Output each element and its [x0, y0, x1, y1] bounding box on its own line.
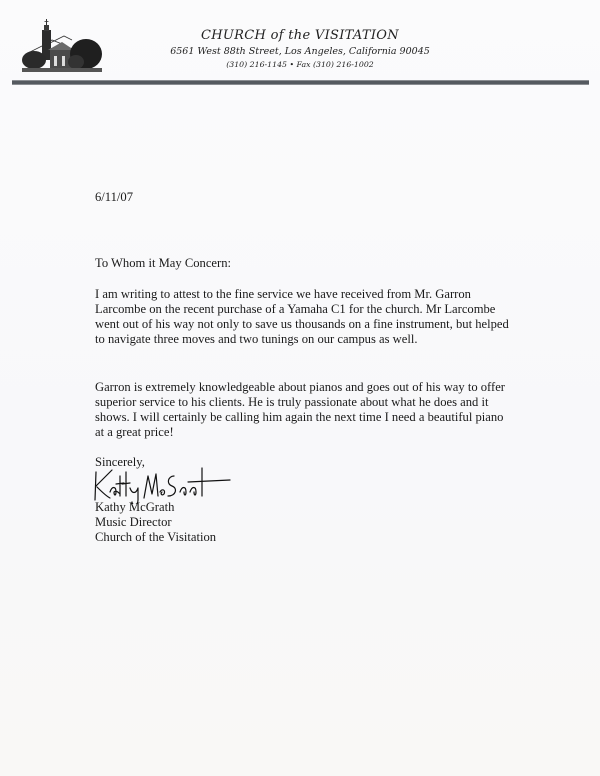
- signer-name: Kathy McGrath: [95, 500, 216, 515]
- letter-salutation: To Whom it May Concern:: [95, 256, 515, 271]
- signer-block: Kathy McGrath Music Director Church of t…: [95, 500, 216, 545]
- church-building-icon: [12, 16, 108, 78]
- letterhead: CHURCH of the VISITATION 6561 West 88th …: [150, 28, 450, 71]
- signer-organization: Church of the Visitation: [95, 530, 216, 545]
- handwritten-signature-icon: [92, 462, 232, 504]
- letter-page: CHURCH of the VISITATION 6561 West 88th …: [0, 0, 600, 776]
- letter-date: 6/11/07: [95, 190, 515, 205]
- signer-title: Music Director: [95, 515, 216, 530]
- organization-address: 6561 West 88th Street, Los Angeles, Cali…: [150, 45, 450, 59]
- organization-name: CHURCH of the VISITATION: [150, 28, 450, 44]
- letter-paragraph: I am writing to attest to the fine servi…: [95, 287, 515, 347]
- letter-paragraph: Garron is extremely knowledgeable about …: [95, 380, 515, 440]
- organization-phone: (310) 216-1145 • Fax (310) 216-1002: [150, 59, 450, 71]
- letterhead-divider: [12, 80, 589, 85]
